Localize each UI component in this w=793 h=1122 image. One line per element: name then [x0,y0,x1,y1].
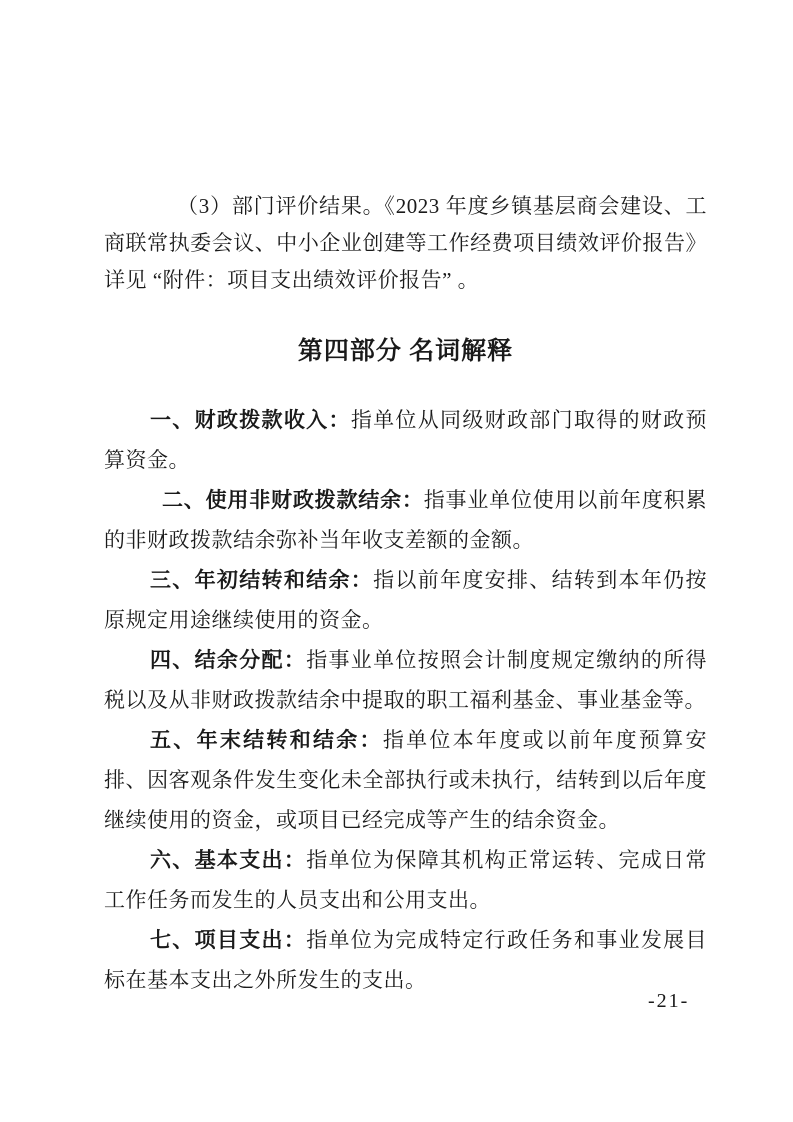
term-item: 四、结余分配：指事业单位按照会计制度规定缴纳的所得税以及从非财政拨款结余中提取的… [104,640,707,720]
term-item: 三、年初结转和结余：指以前年度安排、结转到本年仍按原规定用途继续使用的资金。 [104,560,707,640]
term-label: 六、基本支出： [150,848,306,872]
term-item: 六、基本支出：指单位为保障其机构正常运转、完成日常工作任务而发生的人员支出和公用… [104,840,707,920]
section-heading: 第四部分 名词解释 [104,332,707,371]
term-label: 一、财政拨款收入： [150,408,351,432]
term-item: 二、使用非财政拨款结余：指事业单位使用以前年度积累的非财政拨款结余弥补当年收支差… [104,480,707,560]
term-item: 一、财政拨款收入：指单位从同级财政部门取得的财政预算资金。 [104,400,707,480]
term-label: 四、结余分配： [150,648,306,672]
term-item: 五、年末结转和结余：指单位本年度或以前年度预算安排、因客观条件发生变化未全部执行… [104,720,707,840]
term-label: 七、项目支出： [150,928,306,952]
page-content: （3）部门评价结果。《2023 年度乡镇基层商会建设、工商联常执委会议、中小企业… [104,188,707,1000]
intro-paragraph: （3）部门评价结果。《2023 年度乡镇基层商会建设、工商联常执委会议、中小企业… [104,188,707,299]
term-label: 二、使用非财政拨款结余： [162,488,424,512]
term-label: 五、年末结转和结余： [150,728,383,752]
term-item: 七、项目支出：指单位为完成特定行政任务和事业发展目标在基本支出之外所发生的支出。 [104,920,707,1000]
term-label: 三、年初结转和结余： [150,568,373,592]
page-number: -21- [648,990,689,1013]
document-page: （3）部门评价结果。《2023 年度乡镇基层商会建设、工商联常执委会议、中小企业… [0,0,793,1122]
